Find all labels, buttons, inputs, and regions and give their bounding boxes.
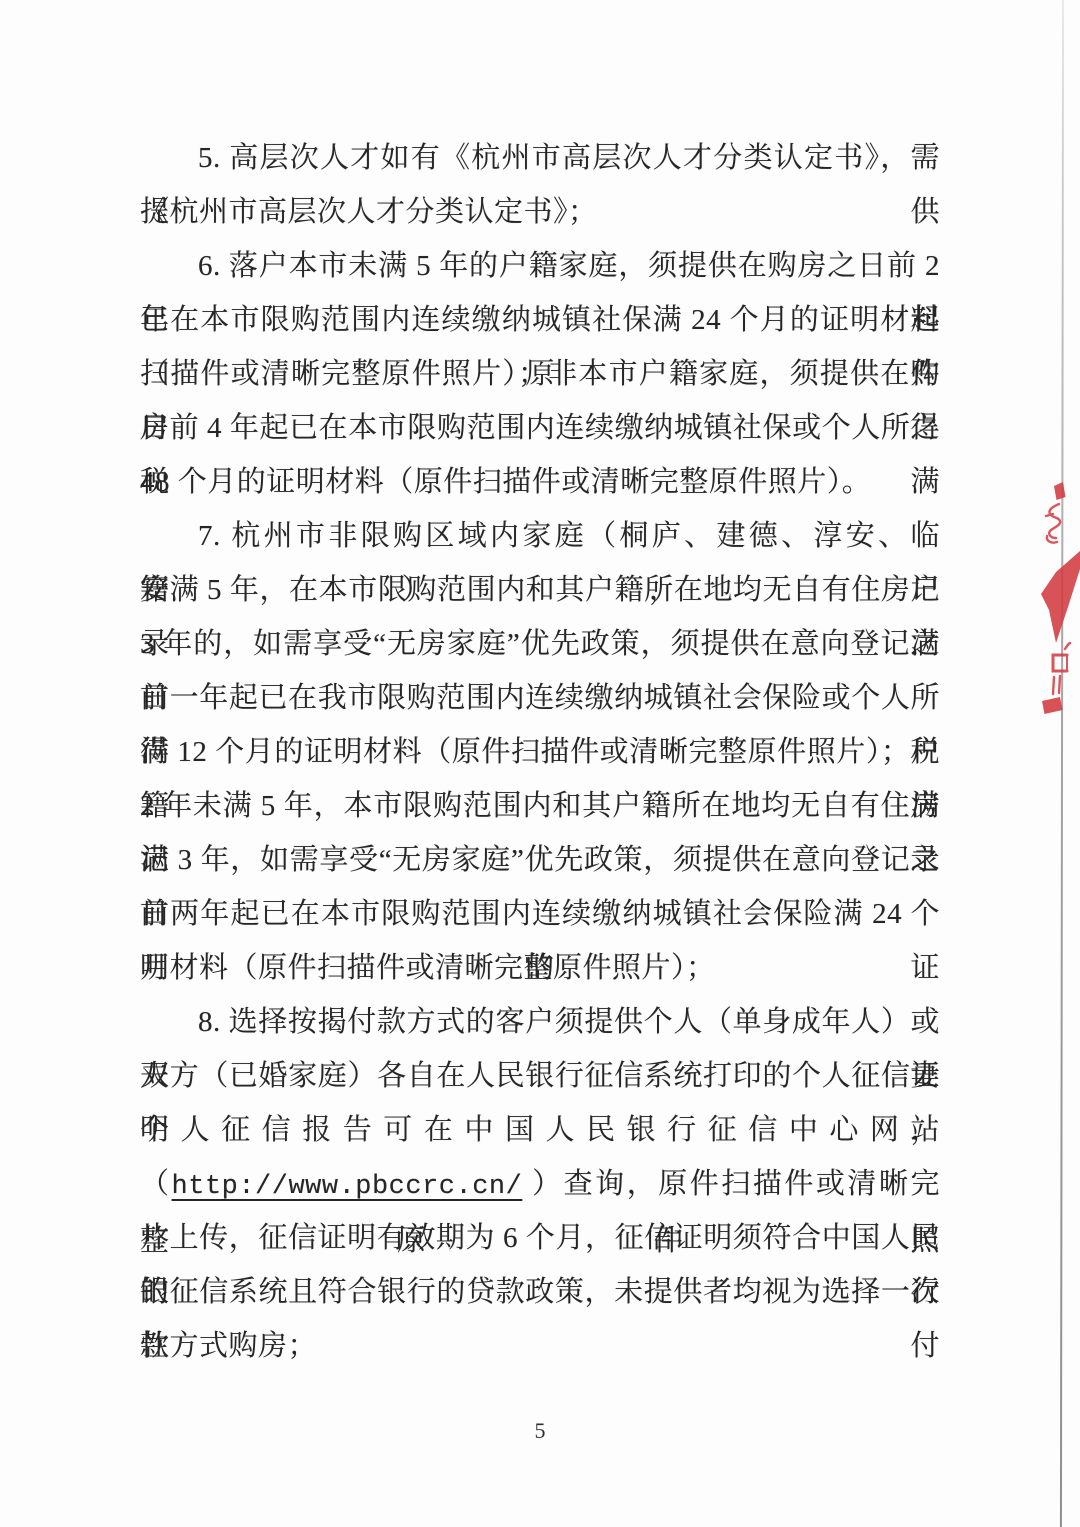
page-edge-line — [1060, 0, 1064, 1527]
text-line: 5. 高层次人才如有《杭州市高层次人才分类认定书》，需提供 — [140, 131, 940, 185]
text-line: 扫描件或清晰完整原件照片）；非本市户籍家庭，须提供在购房之 — [140, 347, 940, 401]
text-line: 2 年未满 5 年，本市限购范围内和其户籍所在地均无自有住房记录 — [140, 779, 940, 833]
text-line: 已在本市限购范围内连续缴纳城镇社保满 24 个月的证明材料（原件 — [140, 293, 940, 347]
document-body: 5. 高层次人才如有《杭州市高层次人才分类认定书》，需提供《杭州市高层次人才分类… — [140, 131, 940, 1373]
url-link[interactable]: http://www.pbccrc.cn/ — [172, 1172, 523, 1202]
text-line: 满 3 年，如需享受“无房家庭”优先政策，须提供在意向登记之日 — [140, 833, 940, 887]
text-line: 个 人 征 信 报 告 可 在 中 国 人 民 银 行 征 信 中 心 网 站 — [140, 1103, 940, 1157]
text-line: 前两年起已在本市限购范围内连续缴纳城镇社会保险满 24 个月的证 — [140, 887, 940, 941]
text-line: 3 年的，如需享受“无房家庭”优先政策，须提供在意向登记之日 — [140, 617, 940, 671]
page-number: 5 — [140, 1418, 940, 1444]
red-seal-stamp-fragment — [1030, 470, 1080, 730]
text-line: 前一年起已在我市限购范围内连续缴纳城镇社会保险或个人所得税 — [140, 671, 940, 725]
text-line: 双方（已婚家庭）各自在人民银行征信系统打印的个人征信证明， — [140, 1049, 940, 1103]
text-line: 7. 杭州市非限购区域内家庭（桐庐、建德、淳安、临安），户 — [140, 509, 940, 563]
text-line: 的征信系统且符合银行的贷款政策，未提供者均视为选择一次性付 — [140, 1265, 940, 1319]
text-line: 籍满 5 年，在本市限购范围内和其户籍所在地均无自有住房记录满 — [140, 563, 940, 617]
text-line: 6. 落户本市未满 5 年的户籍家庭，须提供在购房之日前 2 年起 — [140, 239, 940, 293]
text-line: 日前 4 年起已在本市限购范围内连续缴纳城镇社保或个人所得税满 — [140, 401, 940, 455]
text-line: 48 个月的证明材料（原件扫描件或清晰完整原件照片）。 — [140, 455, 940, 509]
text-segment: （ — [140, 1168, 172, 1200]
text-line: （http://www.pbccrc.cn/ ）查询，原件扫描件或清晰完整原件照 — [140, 1157, 940, 1211]
text-line: 片上传，征信证明有效期为 6 个月，征信证明须符合中国人民银行 — [140, 1211, 940, 1265]
text-line: 8. 选择按揭付款方式的客户须提供个人（单身成年人）或夫妻 — [140, 995, 940, 1049]
text-line: 满 12 个月的证明材料（原件扫描件或清晰完整原件照片）；户籍满 — [140, 725, 940, 779]
document-page: 5. 高层次人才如有《杭州市高层次人才分类认定书》，需提供《杭州市高层次人才分类… — [0, 0, 1080, 1527]
